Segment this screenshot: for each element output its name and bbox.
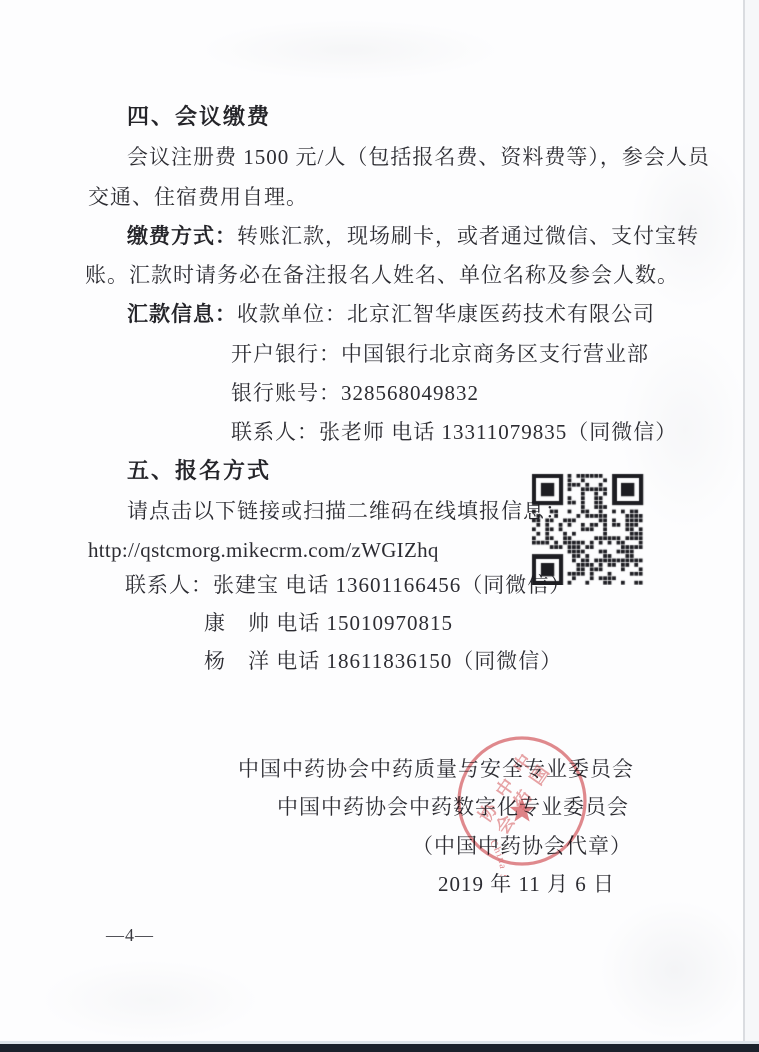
fee-paragraph-line1: 会议注册费 1500 元/人（包括报名费、资料费等），参会人员 [127, 144, 710, 170]
document-page: 四、会议缴费 会议注册费 1500 元/人（包括报名费、资料费等），参会人员 交… [0, 0, 759, 1052]
fee-paragraph-line2: 交通、住宿费用自理。 [88, 184, 308, 210]
registration-intro: 请点击以下链接或扫描二维码在线填报信息： [127, 498, 567, 524]
remittance-bank: 开户银行：中国银行北京商务区支行营业部 [231, 341, 649, 367]
payment-method-line1: 缴费方式：转账汇款，现场刷卡，或者通过微信、支付宝转 [127, 223, 699, 250]
remittance-info-line: 汇款信息：收款单位：北京汇智华康医药技术有限公司 [127, 301, 655, 328]
scan-edge-right-line [743, 0, 745, 1052]
registration-url: http://qstcmorg.mikecrm.com/zWGIZhq [88, 537, 439, 563]
seal-english-text: China Society of Traditional Chinese Med… [447, 829, 508, 876]
section4-heading: 四、会议缴费 [127, 104, 271, 130]
payment-method-line2: 账。汇款时请务必在备注报名人姓名、单位名称及参会人数。 [85, 262, 679, 288]
scan-noise [200, 20, 500, 80]
payment-method-label: 缴费方式： [127, 225, 237, 248]
seal-star-icon [510, 798, 535, 822]
seal-graphic: China Society of Traditional Chinese Med… [447, 726, 597, 876]
scan-noise [40, 960, 260, 1040]
section5-heading: 五、报名方式 [127, 458, 271, 484]
remittance-info-label: 汇款信息： [127, 303, 237, 326]
scan-noise [600, 900, 750, 1040]
scan-edge-bottom [0, 1044, 759, 1052]
remittance-account: 银行账号：328568049832 [231, 380, 479, 406]
registration-contact-1: 联系人：张建宝 电话 13601166456（同微信） [125, 572, 571, 598]
qr-code-pattern [529, 471, 647, 585]
page-number: —4— [106, 925, 154, 946]
registration-qr-code [529, 471, 647, 585]
payment-method-text: 转账汇款，现场刷卡，或者通过微信、支付宝转 [237, 224, 699, 248]
scan-edge-right [745, 0, 759, 1052]
registration-contact-2: 康 帅 电话 15010970815 [204, 610, 453, 636]
remittance-payee: 收款单位：北京汇智华康医药技术有限公司 [237, 302, 655, 326]
registration-contact-3: 杨 洋 电话 18611836150（同微信） [204, 648, 562, 674]
official-seal: China Society of Traditional Chinese Med… [447, 726, 597, 876]
remittance-contact: 联系人：张老师 电话 13311079835（同微信） [231, 419, 677, 445]
